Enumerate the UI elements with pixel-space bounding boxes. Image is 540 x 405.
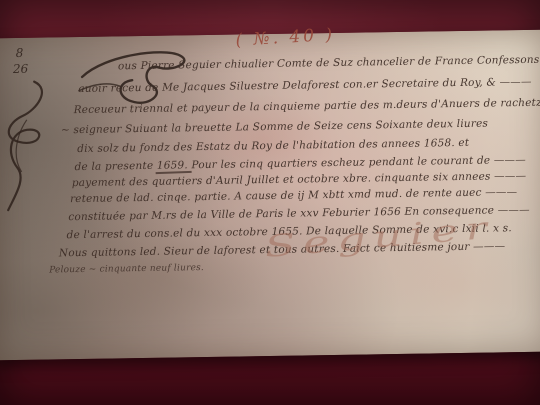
manuscript-line: retenue de lad. cinqe. partie. A cause d… <box>70 186 517 205</box>
document-number: ( №. 40 ) <box>235 25 336 51</box>
parchment: ( №. 40 ) 8 26 ous Pierre Seguier chiual… <box>0 30 540 361</box>
photo-of-manuscript: ( №. 40 ) 8 26 ous Pierre Seguier chiual… <box>0 0 540 405</box>
margin-folio-bottom: 26 <box>13 62 28 76</box>
underline-1659 <box>156 171 192 174</box>
manuscript-line: dix solz du fondz des Estatz du Roy de l… <box>77 137 469 155</box>
margin-folio-top: 8 <box>16 46 24 60</box>
manuscript-line: Pelouze ~ cinquante neuf liures. <box>49 263 204 275</box>
manuscript-line: ~ seigneur Suiuant la breuette La Somme … <box>61 118 488 137</box>
margin-paraph-flourish <box>0 75 68 216</box>
